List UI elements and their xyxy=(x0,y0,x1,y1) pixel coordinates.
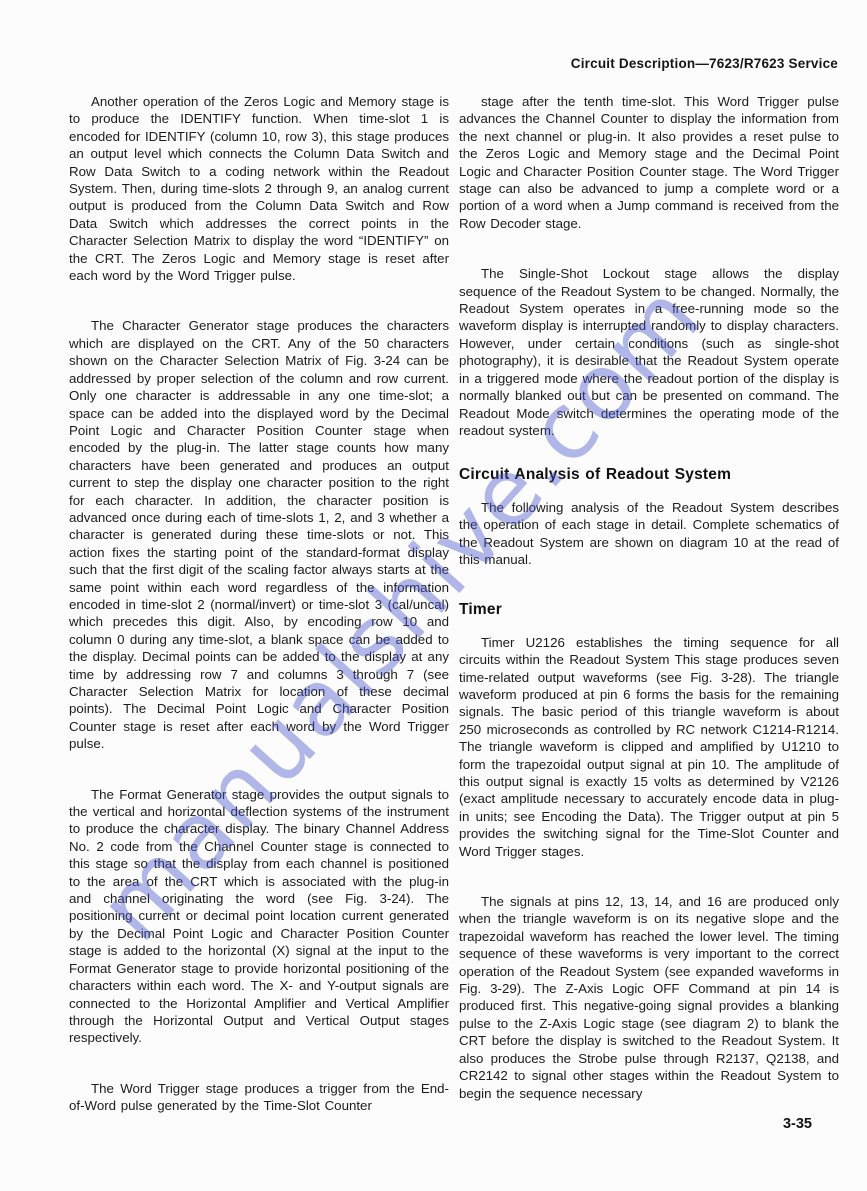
page-header-title: Circuit Description—7623/R7623 Service xyxy=(571,56,838,71)
page-number: 3-35 xyxy=(783,1116,812,1132)
paragraph-timer-u2126: Timer U2126 establishes the timing seque… xyxy=(459,634,839,860)
section-heading-timer: Timer xyxy=(459,601,839,618)
paragraph-circuit-analysis-intro: The following analysis of the Readout Sy… xyxy=(459,499,839,569)
paragraph-zeros-logic-identify: Another operation of the Zeros Logic and… xyxy=(69,93,449,284)
paragraph-word-trigger-continued: stage after the tenth time-slot. This Wo… xyxy=(459,93,839,232)
section-heading-circuit-analysis: Circuit Analysis of Readout System xyxy=(459,466,839,483)
paragraph-word-trigger-start: The Word Trigger stage produces a trigge… xyxy=(69,1080,449,1115)
paragraph-format-generator: The Format Generator stage provides the … xyxy=(69,786,449,1047)
paragraph-single-shot-lockout: The Single-Shot Lockout stage allows the… xyxy=(459,265,839,439)
right-column: stage after the tenth time-slot. This Wo… xyxy=(459,93,839,1135)
left-column: Another operation of the Zeros Logic and… xyxy=(69,93,449,1148)
manual-page: Circuit Description—7623/R7623 Service A… xyxy=(0,0,867,1191)
paragraph-timer-pin-signals: The signals at pins 12, 13, 14, and 16 a… xyxy=(459,893,839,1102)
paragraph-character-generator: The Character Generator stage produces t… xyxy=(69,317,449,752)
